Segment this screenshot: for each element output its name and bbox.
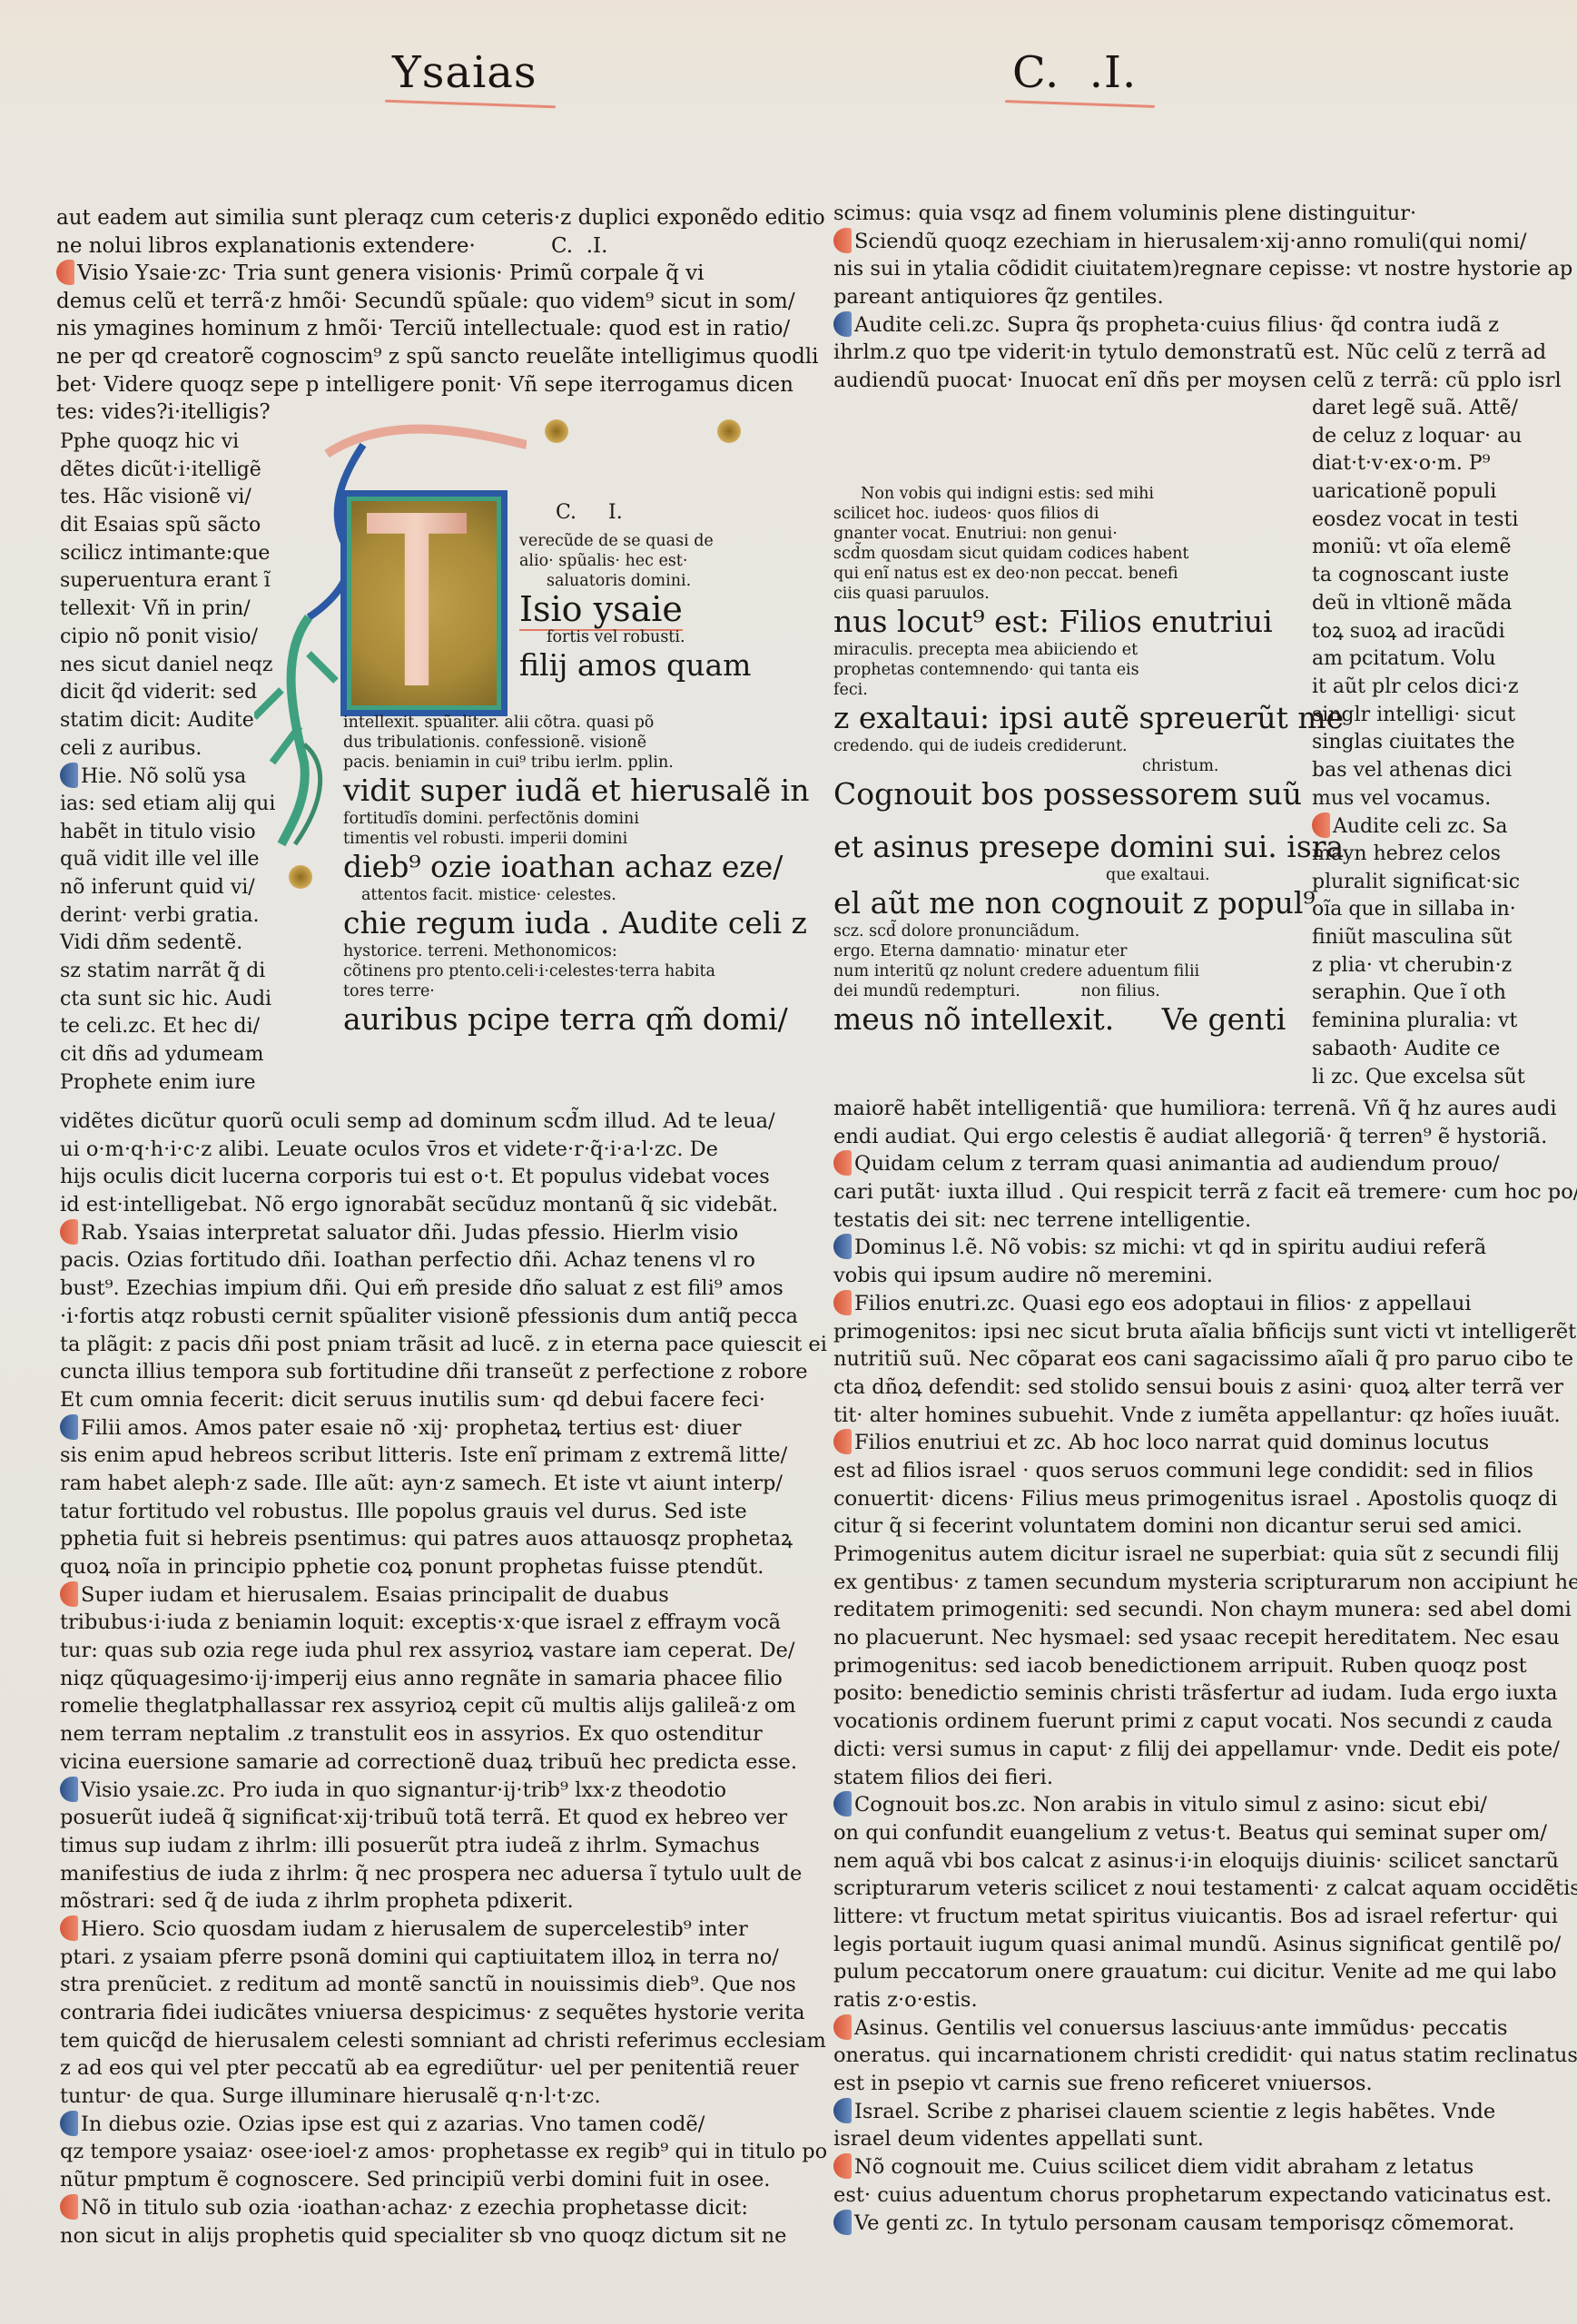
text-line: tem quicq̃d de hierusalem celesti somnia… (60, 2027, 827, 2055)
text-line: bet· Videre quoqz sepe p intelligere pon… (56, 371, 819, 399)
text-line: te celi.zc. Et hec di/ (60, 1013, 275, 1041)
gloss-line: num interitũ qz nolunt credere aduentum … (833, 961, 1344, 981)
gloss-line: scz. scd̃ dolore pronunciãdum. (833, 921, 1344, 941)
text-line: Nõ cognouit me. Cuius scilicet diem vidi… (833, 2153, 1577, 2181)
text-line: celi z auribus. (60, 735, 275, 763)
running-head-left-text: Ysaias (392, 47, 537, 98)
text-line: vobis qui ipsum audire nõ meremini. (833, 1262, 1577, 1290)
text-line: stra prenũciet. z reditum ad montẽ sanct… (60, 1971, 827, 1999)
text-line: Filios enutriui et zc. Ab hoc loco narra… (833, 1429, 1577, 1457)
text-line: ex gentibus· z tamen secundum mysteria s… (833, 1569, 1577, 1597)
text-line: ui o·m·q·h·i·c·z alibi. Leuate oculos v̄… (60, 1136, 827, 1164)
paragraph-mark-icon (833, 1290, 852, 1315)
paragraph-mark-icon (833, 1150, 852, 1176)
text-line: scripturarum veteris scilicet z noui tes… (833, 1875, 1577, 1903)
center-text-block: C. I. verecũde de se quasi de alio· spũa… (519, 499, 751, 684)
text-line: Pphe quoqz hic vi (60, 428, 275, 457)
text-line: de celuz z loquar· au (1312, 423, 1525, 451)
text-line: hijs oculis dicit lucerna corporis tui e… (60, 1163, 827, 1191)
text-line: israel deum videntes appellati sunt. (833, 2125, 1577, 2153)
text-line: cit dñs ad ydumeam (60, 1041, 275, 1069)
text-line: audiendũ puocat· Inuocat enĩ dñs per moy… (833, 367, 1572, 395)
center-text-block-lower: intellexit. spũaliter. alii cõtra. quasi… (343, 713, 809, 1038)
text-line: Asinus. Gentilis vel conuersus lasciuus·… (833, 2014, 1577, 2043)
text-line: sabaoth· Audite ce (1312, 1036, 1525, 1064)
chapter-label: C. I. (519, 499, 751, 527)
paragraph-mark-icon (56, 260, 74, 285)
text-line: Visio ysaie.zc. Pro iuda in quo signantu… (60, 1777, 827, 1805)
gold-dot-ornament (717, 419, 741, 443)
text-line: Prophete enim iure (60, 1069, 275, 1098)
paragraph-mark-icon (833, 1429, 852, 1454)
text-line: dẽtes dicũt·i·itelligẽ (60, 457, 275, 485)
text-line: posuerũt iudeã q̃ significat·xij·tribuũ … (60, 1804, 827, 1832)
gloss-line: credendo. qui de iudeis crediderunt. (833, 736, 1344, 756)
text-line: Sciendũ quoqz ezechiam in hierusalem·xij… (833, 228, 1572, 256)
verse-line: z exaltaui: ipsi autẽ spreuerũt me (833, 700, 1344, 736)
text-line: Cognouit bos.zc. Non arabis in vitulo si… (833, 1791, 1577, 1819)
text-line: quoꝝ noĩa in principio pphetie coꝝ ponun… (60, 1553, 827, 1581)
paragraph-mark-icon (833, 2098, 852, 2123)
text-line: legis portauit iugum quasi animal mundũ.… (833, 1931, 1577, 1959)
text-line: id est·intelligebat. Nõ ergo ignorabãt s… (60, 1191, 827, 1219)
text-line: sz statim narrãt q̃ di (60, 958, 275, 986)
text-line: vicina euersione samarie ad correctionẽ … (60, 1748, 827, 1777)
text-line: tes. Hãc visionẽ vi/ (60, 484, 275, 512)
gloss-line: ciis quasi paruulos. (833, 584, 1344, 604)
text-line: daret legẽ suã. Attẽ/ (1312, 395, 1525, 423)
paragraph-mark-icon (60, 1581, 78, 1607)
text-line: quã vidit ille vel ille (60, 846, 275, 874)
text-line: pulum peccatorum onere grauatum: cui dic… (833, 1958, 1577, 1986)
text-line: diat·t·v·ex·o·m. P⁹ (1312, 450, 1525, 478)
right-column-bottom: maiorẽ habẽt intelligentiã· que humilior… (833, 1095, 1577, 2237)
text-line: Filii amos. Amos pater esaie nõ ·xij· pr… (60, 1414, 827, 1443)
verse-line: Cognouit bos possessorem suũ (833, 776, 1344, 812)
text-line: dicti: versi sumus in caput· z filij dei… (833, 1736, 1577, 1764)
verse-line: vidit super iudã et hierusalẽ in (343, 773, 809, 809)
verse-line: nus locut⁹ est: Filios enutriui (833, 604, 1344, 640)
gloss-line: miraculis. precepta mea abiiciendo et (833, 640, 1344, 660)
paragraph-mark-icon (833, 311, 852, 337)
text-line: ram habet aleph·z sade. Ille aũt: ayn·z … (60, 1470, 827, 1498)
text-line: maiorẽ habẽt intelligentiã· que humilior… (833, 1095, 1577, 1123)
gloss-line: fortitudĩs domini. perfectõnis domini (343, 809, 809, 829)
text-line: primogenitus: sed iacob benedictionem ar… (833, 1652, 1577, 1680)
text-line: nis sui in ytalia cõdidit ciuitatem)regn… (833, 255, 1572, 283)
verse-line: Isio ysaie (519, 591, 751, 627)
text-line: citur q̃ si fecerint voluntatem domini n… (833, 1512, 1577, 1541)
gloss-line: dus tribulationis. confessionẽ. visionẽ (343, 733, 809, 753)
text-line: aut eadem aut similia sunt pleraqz cum c… (56, 204, 825, 232)
verse-line: filij amos quam (519, 647, 751, 684)
text-line: Nõ in titulo sub ozia ·ioathan·achaz· z … (60, 2194, 827, 2222)
left-column-bottom: vidẽtes dicũtur quorũ oculi semp ad domi… (60, 1108, 827, 2250)
text-line: cuncta illius tempora sub fortitudine dñ… (60, 1358, 827, 1386)
text-line: mõstrari: sed q̃ de iuda z ihrlm prophet… (60, 1887, 827, 1915)
gloss-line: hystorice. terreni. Methonomicos: (343, 941, 809, 961)
gloss-line: prophetas contemnendo· qui tanta eis (833, 660, 1344, 680)
paragraph-mark-icon (60, 763, 78, 788)
gloss-line: intellexit. spũaliter. alii cõtra. quasi… (343, 713, 809, 733)
text-line: manifestius de iuda z ihrlm: q̃ nec pros… (60, 1860, 827, 1888)
text-line: ptari. z ysaiam pferre psonã domini qui … (60, 1944, 827, 1972)
text-line: tellexit· Vñ in prin/ (60, 596, 275, 624)
text-line: romelie theglatphallassar rex assyrioꝝ c… (60, 1692, 827, 1720)
text-line: ihrlm.z quo tpe viderit·in tytulo demons… (833, 339, 1572, 367)
paragraph-mark-icon (833, 1791, 852, 1817)
gloss-line: fortis vel robusti. (519, 627, 751, 647)
text-line: no placuerunt. Nec hysmael: sed ysaac re… (833, 1624, 1577, 1652)
text-line: Vidi dñm sedentẽ. (60, 930, 275, 958)
text-line: posito: benedictio seminis christi trãsf… (833, 1679, 1577, 1708)
text-line: qz tempore ysaiaz· osee·ioel·z amos· pro… (60, 2138, 827, 2166)
text-line: scimus: quia vsqz ad finem voluminis ple… (833, 200, 1572, 228)
left-narrow-column: Pphe quoqz hic vi dẽtes dicũt·i·itelligẽ… (60, 428, 275, 1098)
text-line: timus sup iudam z ihrlm: illi posuerũt p… (60, 1832, 827, 1860)
gloss-line: ergo. Eterna damnatio· minatur eter (833, 941, 1344, 961)
illuminated-initial (340, 490, 508, 716)
verse-line: meus nõ intellexit. Ve genti (833, 1001, 1344, 1038)
gloss-line: saluatoris domini. (519, 571, 751, 591)
paragraph-mark-icon (60, 1915, 78, 1941)
text-line: bust⁹. Ezechias impium dñi. Qui em̃ pres… (60, 1275, 827, 1303)
right-center-text-block: Non vobis qui indigni estis: sed mihi sc… (833, 484, 1344, 1038)
verse-line: chie regum iuda . Audite celi z (343, 905, 809, 941)
text-line: cari putãt· iuxta illud . Qui respicit t… (833, 1178, 1577, 1206)
text-line: ·i·fortis atqz robusti cernit spũaliter … (60, 1303, 827, 1331)
gold-dot-ornament (289, 865, 312, 889)
text-line: z ad eos qui vel pter peccatũ ab ea egre… (60, 2054, 827, 2083)
verse-line: auribus pcipe terra qm̃ domi/ (343, 1001, 809, 1038)
text-line: Et cum omnia fecerit: dicit seruus inuti… (60, 1386, 827, 1414)
text-line: statim dicit: Audite (60, 707, 275, 735)
text-line: nes sicut daniel neqz (60, 652, 275, 680)
text-line: pareant antiquiores q̃z gentiles. (833, 283, 1572, 311)
text-line: Rab. Ysaias interpretat saluator dñi. Ju… (60, 1219, 827, 1247)
text-line: ta plãgit: z pacis dñi post pniam trãsit… (60, 1331, 827, 1359)
paragraph-mark-icon (60, 1219, 78, 1245)
text-line: vocationis ordinem fuerunt primi z caput… (833, 1708, 1577, 1736)
text-line: vidẽtes dicũtur quorũ oculi semp ad domi… (60, 1108, 827, 1136)
text-line: Dominus l.ẽ. Nõ vobis: sz michi: vt qd i… (833, 1234, 1577, 1262)
gloss-line: qui enĩ natus est ex deo·non peccat. ben… (833, 564, 1344, 584)
gloss-line: scd̃m quosdam sicut quidam codices haben… (833, 544, 1344, 564)
verse-line: el aũt me non cognouit z popul⁹ (833, 885, 1344, 921)
paragraph-mark-icon (833, 1234, 852, 1259)
text-line: statem filios dei fieri. (833, 1764, 1577, 1792)
gloss-line: christum. (833, 756, 1344, 776)
text-line: Filios enutri.zc. Quasi ego eos adoptaui… (833, 1290, 1577, 1318)
text-line: tur: quas sub ozia rege iuda phul rex as… (60, 1637, 827, 1665)
paragraph-mark-icon (60, 2194, 78, 2220)
text-line: dicit q̃d viderit: sed (60, 679, 275, 707)
gloss-line: gnanter vocat. Enutriui: non genui· (833, 524, 1344, 544)
paragraph-mark-icon (60, 2111, 78, 2136)
text-line: nõ inferunt quid vi/ (60, 874, 275, 902)
gloss-line: timentis vel robusti. imperii domini (343, 829, 809, 849)
text-line: Super iudam et hierusalem. Esaias princi… (60, 1581, 827, 1610)
text-line: sis enim apud hebreos scribut litteris. … (60, 1442, 827, 1470)
text-line: est· cuius aduentum chorus prophetarum e… (833, 2181, 1577, 2210)
text-line: Israel. Scribe z pharisei clauem scienti… (833, 2098, 1577, 2126)
gloss-line: attentos facit. mistice· celestes. (343, 885, 809, 905)
text-line: non sicut in alijs prophetis quid specia… (60, 2222, 827, 2250)
text-line: tatur fortitudo vel robustus. Ille popol… (60, 1498, 827, 1526)
text-line: habẽt in titulo visio (60, 819, 275, 847)
text-line: nutritiũ suũ. Nec cõparat eos cani sagac… (833, 1345, 1577, 1374)
text-line: Visio Ysaie·zc· Tria sunt genera visioni… (56, 260, 819, 288)
text-line: tuntur· de qua. Surge illuminare hierusa… (60, 2083, 827, 2111)
text-line: demus celũ et terrã·z hmõi· Secundũ spũa… (56, 288, 819, 316)
text-line: est ad filios israel · quos seruos commu… (833, 1457, 1577, 1485)
text-line: on qui confundit euangelium z vetus·t. B… (833, 1819, 1577, 1847)
text-line: Quidam celum z terram quasi animantia ad… (833, 1150, 1577, 1178)
gloss-line: cõtinens pro ptento.celi·i·celestes·terr… (343, 961, 809, 981)
text-line: tribubus·i·iuda z beniamin loquit: excep… (60, 1609, 827, 1637)
text-line: pphetia fuit si hebreis psentimus: qui p… (60, 1525, 827, 1553)
text-line: primogenitos: ipsi nec sicut bruta aĩali… (833, 1318, 1577, 1346)
text-line: nis ymagines hominum z hmõi· Terciũ inte… (56, 315, 819, 343)
initial-letter-shape (367, 513, 467, 685)
paragraph-mark-icon (833, 228, 852, 253)
text-line: nem terram neptalim .z transtulit eos in… (60, 1720, 827, 1748)
text-line: ratis z·o·estis. (833, 1986, 1577, 2014)
running-head-left-underline (385, 100, 556, 109)
gold-dot-ornament (545, 419, 568, 443)
text-line: contraria fidei iudicãtes vniuersa despi… (60, 1999, 827, 2027)
text-line: ne nolui libros explanationis extendere·… (56, 232, 825, 261)
gloss-line: scilicet hoc. iudeos· quos filios di (833, 504, 1344, 524)
text-line: Hiero. Scio quosdam iudam z hierusalem d… (60, 1915, 827, 1944)
text-line: nem aquã vbi bos calcat z asinus·i·in el… (833, 1847, 1577, 1876)
text-line: Audite celi.zc. Supra q̃s propheta·cuius… (833, 311, 1572, 340)
gloss-line: pacis. beniamin in cui⁹ tribu ierlm. ppl… (343, 753, 809, 773)
chapter-mark: C. .I. (551, 232, 607, 261)
running-head-right: C. .I. (1012, 47, 1137, 98)
text-line: Ve genti zc. In tytulo personam causam t… (833, 2210, 1577, 2238)
incunable-page: Ysaias C. .I. aut eadem aut similia sunt… (0, 0, 1577, 2324)
gloss-line: Non vobis qui indigni estis: sed mihi (833, 484, 1344, 504)
text-line: cta sunt sic hic. Audi (60, 986, 275, 1014)
paragraph-mark-icon (833, 2014, 852, 2040)
text-line: scilicz intimante:que (60, 540, 275, 568)
text-line: testatis dei sit: nec terrene intelligen… (833, 1206, 1577, 1235)
text-line: oneratus. qui incarnationem christi cred… (833, 2042, 1577, 2070)
gloss-block: verecũde de se quasi de alio· spũalis· h… (519, 531, 751, 591)
gloss-line: dei mundũ redempturi. non filius. (833, 981, 1344, 1001)
text-line: pacis. Ozias fortitudo dñi. Ioathan perf… (60, 1246, 827, 1275)
text-line: ias: sed etiam alij qui (60, 791, 275, 819)
paragraph-mark-icon (833, 2153, 852, 2179)
text-line: nũtur pmptum ẽ cognoscere. Sed principiũ… (60, 2166, 827, 2194)
gloss-line: alio· spũalis· hec est· (519, 551, 751, 571)
text-line: conuertit· dicens· Filius meus primogeni… (833, 1485, 1577, 1513)
running-head-left: Ysaias (392, 47, 537, 98)
paragraph-mark-icon (833, 2210, 852, 2235)
text-line: dit Esaias spũ sãcto (60, 512, 275, 540)
gloss-line: feci. (833, 680, 1344, 700)
text-line: In diebus ozie. Ozias ipse est qui z aza… (60, 2111, 827, 2139)
text-line: cta dñoꝝ defendit: sed stolido sensui bo… (833, 1374, 1577, 1402)
running-head-right-text: C. .I. (1012, 47, 1137, 98)
text-line: superuentura erant ĩ (60, 567, 275, 596)
text-line: reditatem primogeniti: sed secundi. Non … (833, 1596, 1577, 1624)
text-line: niqz qũquagesimo·ij·imperij eius anno re… (60, 1665, 827, 1693)
paragraph-mark-icon (60, 1777, 78, 1802)
text-line: li zc. Que excelsa sũt (1312, 1064, 1525, 1092)
text-line: littere: vt fructum metat spiritus viuic… (833, 1903, 1577, 1931)
text-line: derint· verbi gratia. (60, 902, 275, 931)
left-column-prologue: Visio Ysaie·zc· Tria sunt genera visioni… (56, 260, 819, 427)
running-head-right-underline (1005, 100, 1155, 108)
paragraph-mark-icon (60, 1414, 78, 1440)
text-line: Primogenitus autem dicitur israel ne sup… (833, 1541, 1577, 1569)
gloss-line: tores terre· (343, 981, 809, 1001)
text-line: ne per qd creatorẽ cognoscim⁹ z spũ sanc… (56, 343, 819, 371)
gloss-line: verecũde de se quasi de (519, 531, 751, 551)
right-column-top: scimus: quia vsqz ad finem voluminis ple… (833, 200, 1572, 395)
text-line: cipio nõ ponit visio/ (60, 624, 275, 652)
verse-line: et asinus presepe domini sui. isra (833, 829, 1344, 865)
text-line: tit· alter homines subuehit. Vnde z iumẽ… (833, 1402, 1577, 1430)
text-line: endi audiat. Qui ergo celestis ẽ audiat … (833, 1123, 1577, 1151)
verse-line: dieb⁹ ozie ioathan achaz eze/ (343, 849, 809, 885)
text-line: Hie. Nõ solũ ysa (60, 763, 275, 791)
text-line: est in psepio vt carnis sue freno refice… (833, 2070, 1577, 2098)
left-column-top: aut eadem aut similia sunt pleraqz cum c… (56, 204, 825, 260)
gloss-line: que exaltaui. (833, 865, 1344, 885)
